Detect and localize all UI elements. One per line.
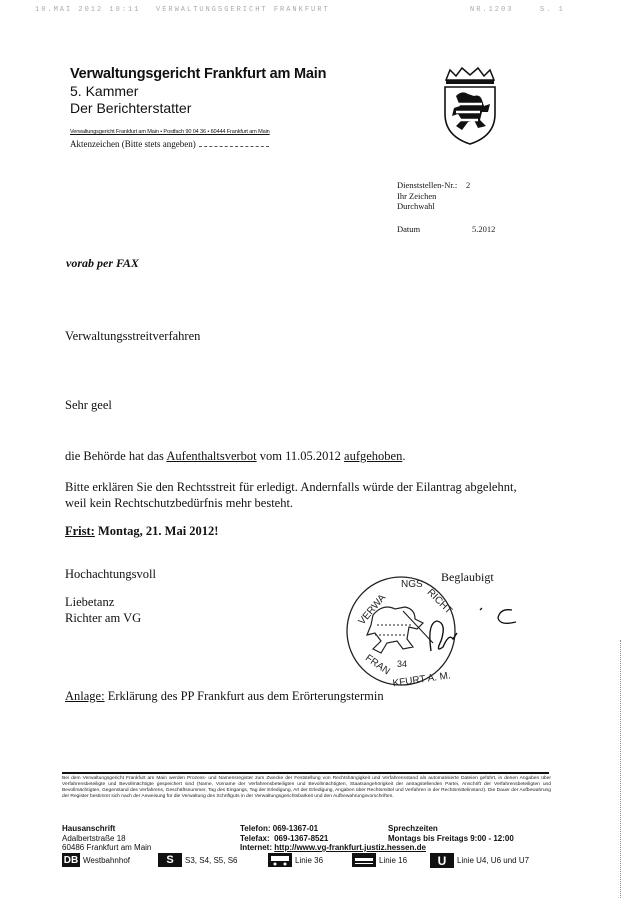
signer-title: Richter am VG <box>65 611 141 626</box>
subject: Verwaltungsstreitverfahren <box>65 329 200 344</box>
transit-label: Linie 16 <box>379 856 407 865</box>
address-street: Adalbertstraße 18 <box>62 834 151 844</box>
signature-icon <box>478 604 518 628</box>
transit-label: Linie 36 <box>295 856 323 865</box>
aufenthaltsverbot-term: Aufenthaltsverbot <box>166 449 256 463</box>
address-city: 60486 Frankfurt am Main <box>62 843 151 853</box>
scan-edge-artifact <box>620 640 622 899</box>
transit-bus: Linie 36 <box>268 853 323 867</box>
transit-s-bahn: S S3, S4, S5, S6 <box>158 853 237 867</box>
tram-icon <box>352 853 376 867</box>
text: . <box>402 449 405 463</box>
fax-transmission-header: 10.MAI 2012 10:11 VERWALTUNGSGERICHT FRA… <box>0 6 624 16</box>
svg-text:RICHT: RICHT <box>425 587 454 616</box>
db-train-icon: DB <box>62 853 80 867</box>
salutation: Sehr geel <box>65 398 112 413</box>
hours-value: Montags bis Freitags 9:00 - 12:00 <box>388 834 514 844</box>
return-address: Verwaltungsgericht Frankfurt am Main • P… <box>70 129 270 135</box>
certified-label: Beglaubigt <box>441 570 494 585</box>
fax-label: Telefax: <box>240 834 270 843</box>
attachment: Anlage: Erklärung des PP Frankfurt aus d… <box>65 689 384 704</box>
svg-text:34: 34 <box>397 659 407 669</box>
footer-divider <box>62 772 549 774</box>
text: vom 11.05.2012 <box>257 449 344 463</box>
paragraph-revocation: die Behörde hat das Aufenthaltsverbot vo… <box>65 449 405 464</box>
svg-text:VERWA: VERWA <box>357 592 389 627</box>
paragraph-request-line2: weil kein Rechtschutzbedürfnis mehr best… <box>65 496 293 511</box>
transit-u-bahn: U Linie U4, U6 und U7 <box>430 853 529 868</box>
fax-sender: VERWALTUNGSGERICHT FRANKFURT <box>156 6 330 14</box>
aufgehoben-term: aufgehoben <box>344 449 402 463</box>
website-link[interactable]: http://www.vg-frankfurt.justiz.hessen.de <box>274 843 426 852</box>
sender-role: Der Berichterstatter <box>70 100 326 117</box>
dienststellen-value: 2 <box>466 180 470 191</box>
fax-number: NR.1203 <box>470 6 513 14</box>
chamber: 5. Kammer <box>70 83 326 100</box>
hessen-lion-crest-icon <box>438 66 502 146</box>
durchwahl-label: Durchwahl <box>397 201 454 212</box>
deadline-label: Frist: <box>65 524 95 538</box>
transit-tram: Linie 16 <box>352 853 407 867</box>
aktenzeichen: Aktenzeichen (Bitte stets angeben) <box>70 139 269 149</box>
internet-label: Internet: <box>240 843 272 852</box>
postal-address: Hausanschrift Adalbertstraße 18 60486 Fr… <box>62 824 151 853</box>
ihr-zeichen-label: Ihr Zeichen <box>397 191 454 202</box>
transit-label: S3, S4, S5, S6 <box>185 856 237 865</box>
dienststellen-label: Dienststellen-Nr.: <box>397 180 454 191</box>
transit-db: DB Westbahnhof <box>62 853 130 867</box>
fax-timestamp: 10.MAI 2012 10:11 <box>35 6 140 14</box>
address-title: Hausanschrift <box>62 824 151 834</box>
svg-text:NGS: NGS <box>401 579 423 590</box>
attachment-label: Anlage: <box>65 689 105 703</box>
office-hours: Sprechzeiten Montags bis Freitags 9:00 -… <box>388 824 514 843</box>
phone-label: Telefon: <box>240 824 271 833</box>
text: die Behörde hat das <box>65 449 166 463</box>
fax-page: S. 1 <box>540 6 565 14</box>
hours-title: Sprechzeiten <box>388 824 514 834</box>
paragraph-request-line1: Bitte erklären Sie den Rechtsstreit für … <box>65 480 517 495</box>
attachment-text: Erklärung des PP Frankfurt aus dem Erört… <box>105 689 384 703</box>
s-bahn-icon: S <box>158 853 182 867</box>
svg-text:KFURT A. M.: KFURT A. M. <box>392 670 451 689</box>
closing: Hochachtungsvoll <box>65 567 156 582</box>
phone-value: 069-1367-01 <box>273 824 318 833</box>
court-name: Verwaltungsgericht Frankfurt am Main <box>70 66 326 83</box>
aktenzeichen-label: Aktenzeichen (Bitte stets angeben) <box>70 139 196 149</box>
bus-icon <box>268 853 292 867</box>
reference-block: Dienststellen-Nr.:2 Ihr Zeichen Durchwah… <box>397 180 495 234</box>
deadline-value: Montag, 21. Mai 2012! <box>95 524 219 538</box>
u-bahn-icon: U <box>430 853 454 868</box>
datum-value: 5.2012 <box>472 224 495 235</box>
fax-note: vorab per FAX <box>66 256 139 271</box>
transit-label: Linie U4, U6 und U7 <box>457 856 529 865</box>
transit-label: Westbahnhof <box>83 856 130 865</box>
letterhead: Verwaltungsgericht Frankfurt am Main 5. … <box>70 66 326 117</box>
datum-label: Datum <box>397 224 454 235</box>
fax-value: 069-1367-8521 <box>274 834 328 843</box>
deadline: Frist: Montag, 21. Mai 2012! <box>65 524 218 539</box>
redacted-reference <box>199 140 269 147</box>
signer-name: Liebetanz <box>65 595 114 610</box>
data-protection-notice: Bei dem Verwaltungsgericht Frankfurt am … <box>62 776 551 800</box>
